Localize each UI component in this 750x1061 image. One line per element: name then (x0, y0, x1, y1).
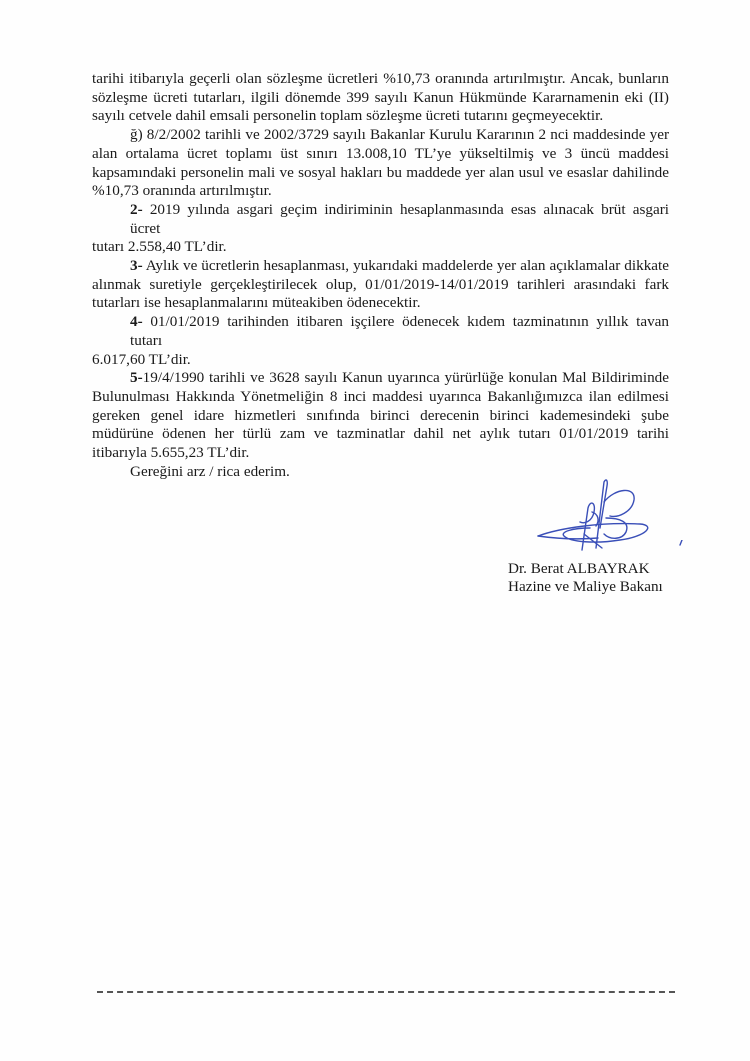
line-text: alan ortalama ücret toplamı üst sınırı 1… (92, 145, 669, 162)
text-line: itibarıyla 5.655,23 TL’dir. (92, 444, 669, 463)
line-text: itibarıyla 5.655,23 TL’dir. (92, 444, 249, 461)
line-text: 6.017,60 TL’dir. (92, 351, 191, 368)
text-line: 6.017,60 TL’dir. (92, 351, 669, 370)
line-text: sözleşme ücreti tutarları, ilgili dönemd… (92, 89, 669, 106)
text-line: 5-19/4/1990 tarihli ve 3628 sayılı Kanun… (92, 369, 669, 388)
line-text: Aylık ve ücretlerin hesaplanması, yukarı… (143, 257, 669, 274)
line-text: Gereğini arz / rica ederim. (130, 463, 290, 480)
line-text: müdürüne ödenen her türlü zam ve tazmina… (92, 425, 669, 442)
document-body: tarihi itibarıyla geçerli olan sözleşme … (92, 70, 669, 481)
signer-name: Dr. Berat ALBAYRAK (508, 560, 650, 578)
text-line: gereken genel idare hizmetleri sınıfında… (92, 407, 669, 426)
line-text: 19/4/1990 tarihli ve 3628 sayılı Kanun u… (143, 369, 669, 386)
text-line: 2- 2019 yılında asgari geçim indiriminin… (92, 201, 669, 238)
text-line: müdürüne ödenen her türlü zam ve tazmina… (92, 425, 669, 444)
text-line: 3- Aylık ve ücretlerin hesaplanması, yuk… (92, 257, 669, 276)
line-text: 2019 yılında asgari geçim indiriminin he… (130, 201, 669, 237)
signer-title: Hazine ve Maliye Bakanı (508, 578, 663, 596)
text-line: sayılı cetvele dahil emsali personelin t… (92, 107, 669, 126)
item-number: 4- (130, 313, 143, 330)
line-text: Bulunulması Hakkında Yönetmeliğin 8 inci… (92, 388, 669, 405)
text-line: alınmak suretiyle gerçekleştirilecek olu… (92, 276, 669, 295)
item-number: 5- (130, 369, 143, 386)
footer-dashed-rule (97, 991, 675, 993)
text-line: tutarı 2.558,40 TL’dir. (92, 238, 669, 257)
line-text: tutarı 2.558,40 TL’dir. (92, 238, 227, 255)
text-line: sözleşme ücreti tutarları, ilgili dönemd… (92, 89, 669, 108)
line-text: alınmak suretiyle gerçekleştirilecek olu… (92, 276, 669, 293)
item-number: 2- (130, 201, 143, 218)
line-text: kapsamındaki personelin mali ve sosyal h… (92, 164, 669, 181)
line-text: ğ) 8/2/2002 tarihli ve 2002/3729 sayılı … (130, 126, 669, 143)
text-line: alan ortalama ücret toplamı üst sınırı 1… (92, 145, 669, 164)
line-text: tutarları ise hesaplanmalarını müteakibe… (92, 294, 421, 311)
line-text: tarihi itibarıyla geçerli olan sözleşme … (92, 70, 669, 87)
line-text: sayılı cetvele dahil emsali personelin t… (92, 107, 603, 124)
document-page: tarihi itibarıyla geçerli olan sözleşme … (0, 0, 750, 1061)
handwritten-signature-icon (480, 478, 680, 568)
item-number: 3- (130, 257, 143, 274)
line-text: %10,73 oranında artırılmıştır. (92, 182, 272, 199)
text-line: tarihi itibarıyla geçerli olan sözleşme … (92, 70, 669, 89)
pen-mark-icon (679, 540, 683, 546)
line-text: 01/01/2019 tarihinden itibaren işçilere … (130, 313, 669, 349)
text-line: Bulunulması Hakkında Yönetmeliğin 8 inci… (92, 388, 669, 407)
text-line: ğ) 8/2/2002 tarihli ve 2002/3729 sayılı … (92, 126, 669, 145)
text-line: kapsamındaki personelin mali ve sosyal h… (92, 164, 669, 183)
text-line: 4- 01/01/2019 tarihinden itibaren işçile… (92, 313, 669, 350)
text-line: %10,73 oranında artırılmıştır. (92, 182, 669, 201)
text-line: tutarları ise hesaplanmalarını müteakibe… (92, 294, 669, 313)
line-text: gereken genel idare hizmetleri sınıfında… (92, 407, 669, 424)
